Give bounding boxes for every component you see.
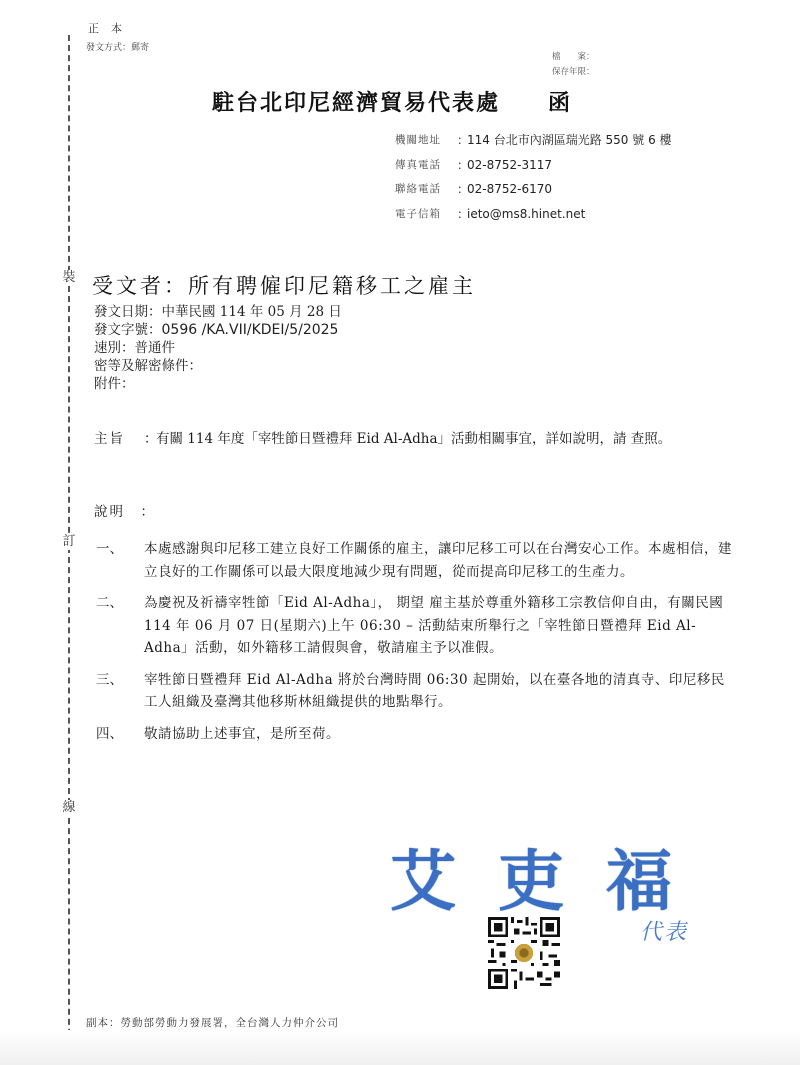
- meta-attachment: 附件：: [94, 375, 342, 393]
- item-index: 三、: [94, 669, 144, 714]
- signature-name: 艾吏福: [390, 828, 714, 923]
- meta-value: 0596 /KA.VII/KDEI/5/2025: [162, 321, 339, 339]
- contact-email: 電子信箱： ieto@ms8.hinet.net: [395, 202, 672, 227]
- contact-label: 機關地址: [395, 128, 457, 153]
- meta-label: 發文字號：: [94, 321, 162, 339]
- copy-type: 正本: [88, 20, 134, 36]
- subject: 主旨 ： 有關 114 年度「宰牲節日暨禮拜 Eid Al-Adha」活動相關事…: [94, 430, 734, 448]
- contact-fax: 傳真電話： 02-8752-3117: [395, 153, 672, 178]
- archive-retention-label: 保存年限：: [552, 65, 595, 80]
- item-index: 四、: [94, 723, 144, 746]
- meta-value: 中華民國 114 年 05 月 28 日: [162, 303, 342, 321]
- contact-value: 02-8752-6170: [467, 177, 552, 202]
- explanation-items: 一、 本處感謝與印尼移工建立良好工作關係的雇主，讓印尼移工可以在台灣安心工作。本…: [94, 538, 734, 754]
- contact-label: 聯絡電話: [395, 177, 457, 202]
- meta-speed: 速別：普通件: [94, 339, 342, 357]
- meta-label: 速別：: [94, 339, 135, 357]
- recipient-label: 受文者：: [92, 274, 188, 298]
- contact-phone: 聯絡電話： 02-8752-6170: [395, 177, 672, 202]
- carbon-copy: 副本：勞動部勞動力發展署，全台灣人力仲介公司: [86, 1015, 339, 1030]
- item-index: 二、: [94, 592, 144, 660]
- archive-block: 檔 案： 保存年限：: [552, 50, 595, 80]
- explanation-heading: 說明 ：: [94, 500, 156, 520]
- item-text: 宰牲節日暨禮拜 Eid Al-Adha 將於台灣時間 06:30 起開始，以在臺…: [144, 669, 734, 714]
- document-title: 駐台北印尼經濟貿易代表處: [212, 86, 500, 117]
- contact-label: 電子信箱: [395, 202, 457, 227]
- meta-doc-number: 發文字號：0596 /KA.VII/KDEI/5/2025: [94, 321, 342, 339]
- item-index: 一、: [94, 538, 144, 583]
- meta-classification: 密等及解密條件：: [94, 357, 342, 375]
- subject-text: 有關 114 年度「宰牲節日暨禮拜 Eid Al-Adha」活動相關事宜，詳如說…: [156, 430, 734, 448]
- subject-label: 主旨: [94, 430, 144, 448]
- document-meta: 發文日期：中華民國 114 年 05 月 28 日 發文字號：0596 /KA.…: [94, 303, 342, 393]
- meta-date: 發文日期：中華民國 114 年 05 月 28 日: [94, 303, 342, 321]
- contact-address: 機關地址： 114 台北市內湖區瑞光路 550 號 6 樓: [395, 128, 672, 153]
- recipient-value: 所有聘僱印尼籍移工之雇主: [188, 274, 476, 298]
- explanation-item: 四、 敬請協助上述事宜，是所至荷。: [94, 723, 734, 746]
- binding-dashed-line: [68, 35, 70, 1065]
- archive-file-label: 檔 案：: [552, 50, 595, 65]
- item-text: 為慶祝及祈禱宰牲節「Eid Al-Adha」， 期望 雇主基於尊重外籍移工宗教信…: [144, 592, 734, 660]
- item-text: 敬請協助上述事宜，是所至荷。: [144, 723, 734, 746]
- binding-mark-xian: 線: [60, 800, 78, 816]
- meta-label: 附件：: [94, 375, 135, 393]
- contact-value: 02-8752-3117: [467, 153, 552, 178]
- explanation-item: 二、 為慶祝及祈禱宰牲節「Eid Al-Adha」， 期望 雇主基於尊重外籍移工…: [94, 592, 734, 660]
- binding-mark-zhuang: 裝: [60, 270, 78, 286]
- qr-code-icon[interactable]: [488, 917, 560, 989]
- recipient: 受文者：所有聘僱印尼籍移工之雇主: [92, 270, 476, 300]
- contact-value: 114 台北市內湖區瑞光路 550 號 6 樓: [467, 128, 672, 153]
- send-method: 發文方式：郵寄: [86, 40, 149, 53]
- meta-value: 普通件: [135, 339, 176, 357]
- contact-email-value[interactable]: ieto@ms8.hinet.net: [467, 202, 585, 227]
- contact-label: 傳真電話: [395, 153, 457, 178]
- meta-label: 密等及解密條件：: [94, 357, 202, 375]
- item-text: 本處感謝與印尼移工建立良好工作關係的雇主，讓印尼移工可以在台灣安心工作。本處相信…: [144, 538, 734, 583]
- explanation-item: 三、 宰牲節日暨禮拜 Eid Al-Adha 將於台灣時間 06:30 起開始，…: [94, 669, 734, 714]
- signature-title: 代表: [640, 915, 688, 946]
- binding-mark-ding: 訂: [60, 534, 78, 550]
- document-kind: 函: [548, 86, 570, 117]
- contact-block: 機關地址： 114 台北市內湖區瑞光路 550 號 6 樓 傳真電話： 02-8…: [395, 128, 672, 226]
- explanation-item: 一、 本處感謝與印尼移工建立良好工作關係的雇主，讓印尼移工可以在台灣安心工作。本…: [94, 538, 734, 583]
- page-bottom-shade: [0, 1030, 800, 1065]
- meta-label: 發文日期：: [94, 303, 162, 321]
